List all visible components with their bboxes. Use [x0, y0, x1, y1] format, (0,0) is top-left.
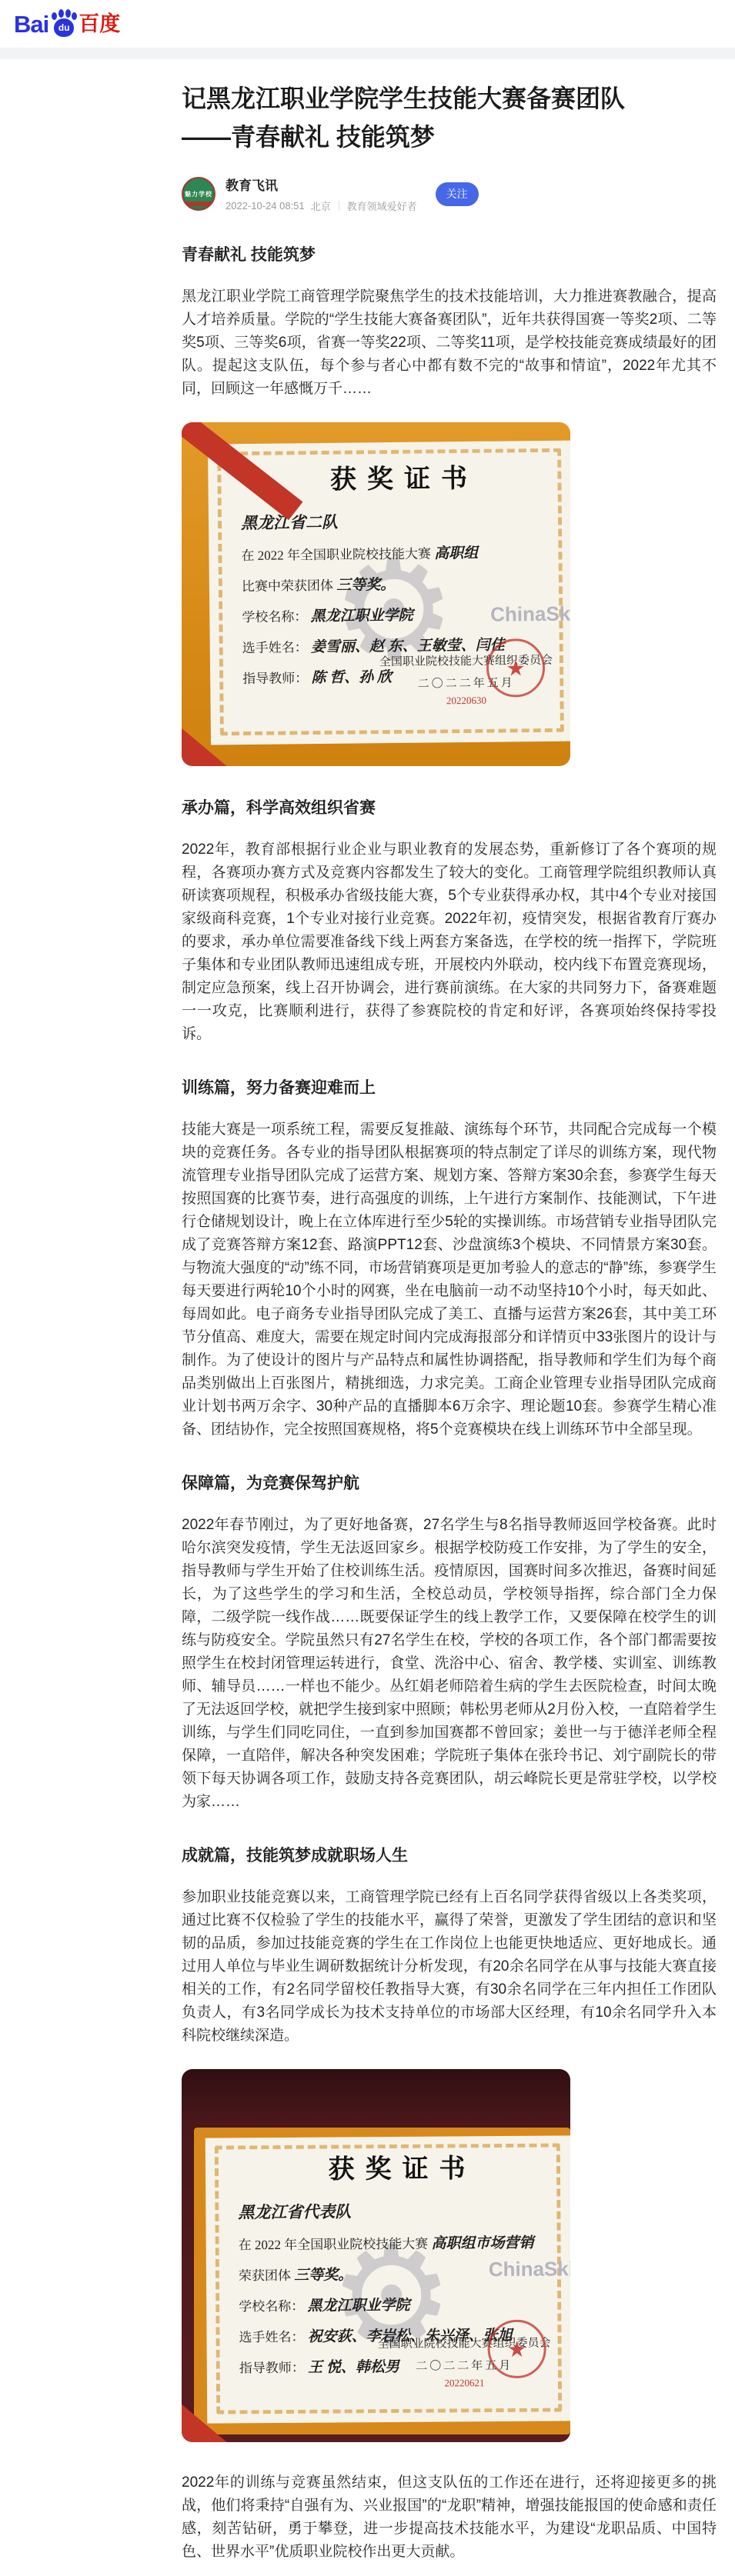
award-handwritten: 三等奖。: [336, 577, 395, 594]
section-heading-youth: 青春献礼 技能筑梦: [182, 242, 717, 265]
certificate-1: ⚙ ChinaSkills 获奖证书 黑龙江省二队 在 2022 年全国职业院校…: [182, 422, 570, 766]
players-label: 选手姓名：: [239, 2330, 304, 2345]
avatar-band: [183, 202, 214, 206]
baidu-logo-du-text: 百度: [79, 14, 120, 35]
school-value: 黑龙江职业学院: [307, 2298, 409, 2314]
certificate-title: 获奖证书: [238, 2136, 556, 2187]
certificate-serial: 20220621: [378, 2377, 551, 2391]
paragraph-achievement: 参加职业技能竞赛以来，工商管理学院已经有上百名同学获得省级以上各类奖项，通过比赛…: [182, 1886, 717, 2048]
baidu-paw-icon: du: [50, 9, 78, 38]
author-info: 教育飞讯 2022-10-24 08:51 北京 教育领域爱好者: [226, 175, 417, 213]
red-seal-icon: ★: [487, 2320, 546, 2379]
certificate-team: 黑龙江省代表队: [238, 2198, 556, 2224]
publish-datetime: 2022-10-24 08:51: [226, 200, 305, 212]
certificate-photo-2[interactable]: ⚙ ChinaSkills 获奖证书 黑龙江省代表队 在 2022 年全国职业院…: [182, 2069, 717, 2442]
baidu-logo-bai-text: Bai: [14, 12, 48, 36]
paragraph-training: 技能大赛是一项系统工程，需要反复推敲、演练每个环节，共同配合完成每一个模块的竞赛…: [182, 1118, 717, 1441]
certificate-photo-1[interactable]: ⚙ ChinaSkills 获奖证书 黑龙江省二队 在 2022 年全国职业院校…: [182, 422, 717, 766]
certificate-2: ⚙ ChinaSkills 获奖证书 黑龙江省代表队 在 2022 年全国职业院…: [182, 2069, 570, 2442]
red-seal-icon: ★: [486, 638, 546, 698]
school-label: 学校名称：: [242, 609, 307, 625]
avatar-text: 魅力学校: [183, 190, 214, 198]
teachers-label: 指导教师：: [239, 2361, 305, 2376]
section-heading-hosting: 承办篇，科学高效组织省赛: [182, 795, 717, 818]
certificate-paper: ⚙ ChinaSkills 获奖证书 黑龙江省代表队 在 2022 年全国职业院…: [205, 2135, 570, 2423]
page-title-line1: 记黑龙江职业学院学生技能大赛备赛团队: [182, 85, 625, 112]
award-handwritten: 三等奖。: [294, 2267, 352, 2284]
certificate-school-line: 学校名称： 黑龙江职业学院: [239, 2293, 556, 2316]
article-body: 记黑龙江职业学院学生技能大赛备赛团队 ——青春献礼 技能筑梦 魅力学校 教育飞讯…: [182, 79, 717, 2576]
paragraph-support: 2022年春节刚过，为了更好地备赛，27名学生与8名指导教师返回学校备赛。此时哈…: [182, 1514, 717, 1814]
publish-location: 北京: [311, 198, 331, 213]
players-label: 选手姓名：: [242, 640, 308, 655]
certificate-award-line: 荣获团体 三等奖。: [239, 2262, 556, 2285]
paragraph-hosting: 2022年，教育部根据行业企业与职业教育的发展态势，重新修订了各个赛项的规程，各…: [182, 838, 717, 1046]
paragraph-closing: 2022年的训练与竞赛虽然结束，但这支队伍的工作还在进行，还将迎接更多的挑战，他…: [182, 2471, 717, 2576]
baidu-logo[interactable]: Bai du 百度: [14, 9, 120, 38]
intro-printed: 在 2022 年全国职业院校技能大赛: [239, 2237, 429, 2253]
certificate-serial: 20220630: [379, 694, 553, 708]
author-avatar[interactable]: 魅力学校: [182, 177, 215, 211]
paragraph-intro: 黑龙江职业学院工商管理学院聚焦学生的技术技能培训，大力推进赛教融合，提高人才培养…: [182, 285, 717, 401]
section-heading-support: 保障篇，为竞赛保驾护航: [182, 1471, 717, 1494]
school-label: 学校名称：: [239, 2299, 304, 2314]
header-divider-strip: [0, 48, 735, 59]
page-title: 记黑龙江职业学院学生技能大赛备赛团队 ——青春献礼 技能筑梦: [182, 79, 717, 156]
author-name[interactable]: 教育飞讯: [226, 175, 417, 194]
author-row: 魅力学校 教育飞讯 2022-10-24 08:51 北京 教育领域爱好者 关注: [182, 175, 717, 213]
author-meta: 2022-10-24 08:51 北京 教育领域爱好者: [226, 198, 417, 213]
award-printed: 荣获团体: [239, 2268, 291, 2283]
certificate-intro-line: 在 2022 年全国职业院校技能大赛 高职组: [241, 541, 557, 565]
baidu-paw-du-text: du: [50, 22, 78, 33]
follow-button[interactable]: 关注: [436, 182, 479, 206]
author-tag: 教育领域爱好者: [347, 198, 417, 213]
certificate-award-line: 比赛中荣获团体 三等奖。: [242, 572, 558, 595]
intro-handwritten: 高职组市场营销: [431, 2235, 533, 2252]
intro-printed: 在 2022 年全国职业院校技能大赛: [241, 546, 431, 563]
section-heading-training: 训练篇，努力备赛迎难而上: [182, 1075, 717, 1098]
intro-handwritten: 高职组: [434, 545, 478, 562]
certificate-school-line: 学校名称： 黑龙江职业学院: [242, 602, 558, 626]
meta-divider: [339, 201, 339, 211]
award-printed: 比赛中荣获团体: [242, 578, 333, 594]
certificate-intro-line: 在 2022 年全国职业院校技能大赛 高职组市场营销: [239, 2231, 556, 2254]
section-heading-achievement: 成就篇，技能筑梦成就职场人生: [182, 1843, 717, 1866]
teachers-label: 指导教师：: [242, 671, 308, 686]
certificate-title: 获奖证书: [240, 441, 557, 497]
school-value: 黑龙江职业学院: [310, 608, 413, 625]
top-bar: Bai du 百度: [0, 0, 735, 48]
page-title-line2: ——青春献礼 技能筑梦: [182, 123, 435, 151]
